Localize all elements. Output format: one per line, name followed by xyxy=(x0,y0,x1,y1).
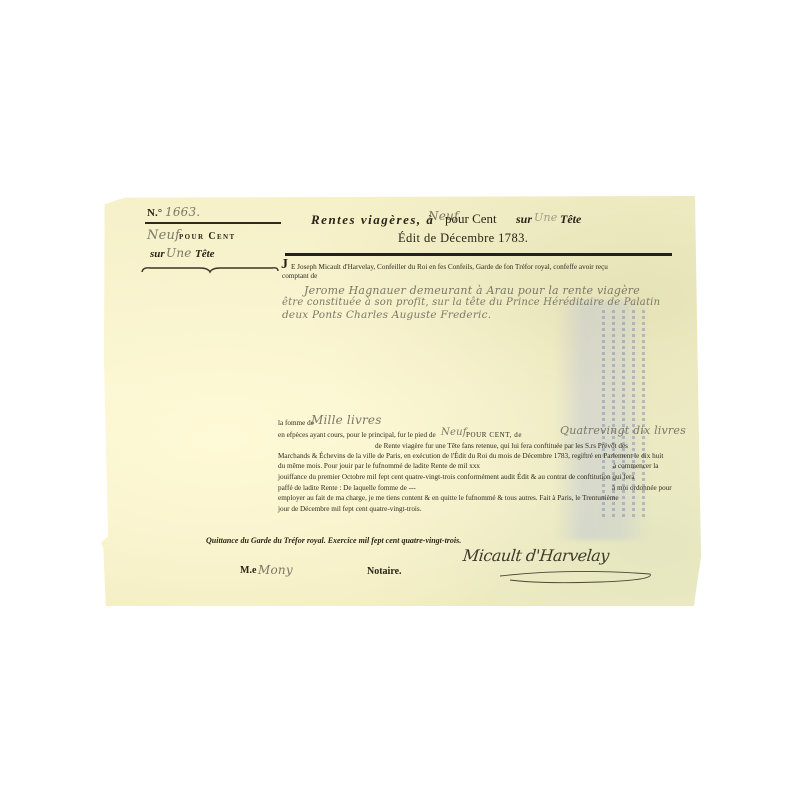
header-pour-cent: pour Cent xyxy=(445,211,497,227)
especes-pour-cent: POUR CENT, de xyxy=(466,431,522,439)
header-rule xyxy=(285,253,672,256)
header-tete: Tête xyxy=(560,212,581,227)
number-rule xyxy=(145,222,281,224)
passe-line-right: à moi ordonnée pour xyxy=(612,484,672,492)
notary-prefix: M.e xyxy=(240,565,256,576)
left-heads-handwritten: Une xyxy=(166,246,192,260)
jour-line: jour de Décembre mil fept cent quatre-vi… xyxy=(278,505,422,513)
mois-line: du même mois. Pour jouir par le fufnommé… xyxy=(278,462,480,470)
header-edict: Édit de Décembre 1783. xyxy=(398,231,528,246)
notary-label: Notaire. xyxy=(367,566,402,577)
left-box-flourish xyxy=(140,262,280,274)
quittance-line: Quittance du Garde du Tréfor royal. Exer… xyxy=(206,536,461,545)
drop-initial: J xyxy=(281,257,288,273)
payer-line-2: être constituée à son profit, sur la têt… xyxy=(282,297,660,308)
notary-name-handwritten: Mony xyxy=(258,563,293,577)
especes-line: en efpèces ayant cours, pour le principa… xyxy=(278,431,436,439)
somme-handwritten: Mille livres xyxy=(311,413,382,427)
left-sur: sur xyxy=(150,248,165,260)
especes-rate-handwritten: Neuf xyxy=(441,427,467,438)
signature: Micault d'Harvelay xyxy=(462,546,610,565)
header-heads-handwritten: Une xyxy=(534,211,557,224)
left-rate-printed: pour Cent xyxy=(179,231,236,242)
passe-line: paffé de ladite Rente : De laquelle fomm… xyxy=(278,484,416,492)
header-sur: sur xyxy=(516,212,532,227)
payer-line-3: deux Ponts Charles Auguste Frederic. xyxy=(282,309,491,321)
number-label: N.° xyxy=(147,207,162,219)
header-title: Rentes viagères, à xyxy=(311,212,434,228)
left-rate-handwritten: Neuf xyxy=(147,228,180,243)
declaration-line-1: E Joseph Micault d'Harvelay, Confeiller … xyxy=(291,263,608,271)
mois-line-right: à commencer la xyxy=(613,462,659,470)
left-tete: Tête xyxy=(195,248,215,260)
annuity-amount-handwritten: Quatrevingt dix livres xyxy=(560,424,686,437)
payer-line-1: Jerome Hagnauer demeurant à Arau pour la… xyxy=(304,284,640,297)
employer-line: employer au fait de ma charge, je me tie… xyxy=(278,494,619,502)
declaration-line-2: comptant de xyxy=(282,272,317,280)
marchands-line: Marchands & Échevins de la ville de Pari… xyxy=(278,452,663,460)
jouissance-line: jouiffance du premier Octobre mil fept c… xyxy=(278,473,635,481)
somme-label: la fomme de xyxy=(278,419,314,427)
rente-line: de Rente viagère fur une Tête fans reten… xyxy=(375,442,628,450)
signature-flourish xyxy=(480,566,660,586)
number-value: 1663. xyxy=(165,205,200,219)
